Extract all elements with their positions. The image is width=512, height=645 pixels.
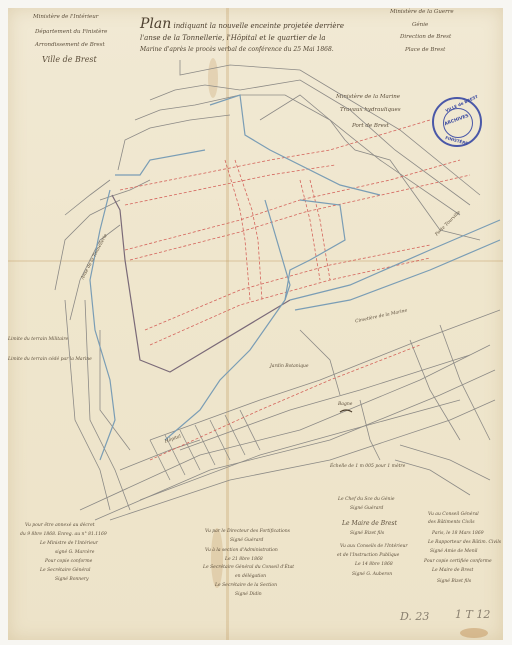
footer-line: Vu par le Directeur des Fortifications: [205, 530, 290, 535]
footer-line: des Bâtiments Civils: [428, 521, 475, 526]
footer-line: Signé Bizet fils: [350, 532, 384, 537]
footer-line: Le Secrétaire Général du Conseil d'État: [203, 566, 294, 571]
footer-line: Signé Bonnery: [55, 578, 89, 583]
archive-ref-1: D. 23: [400, 610, 429, 623]
footer-line: Vu à la section d'Administration: [205, 549, 278, 554]
footer-line: Signé Guérard: [230, 539, 263, 544]
footer-line: Le Maire de Brest: [432, 569, 473, 574]
footer-line: Pour copie conforme: [45, 560, 92, 565]
footer-line: Vu aux Conseils de l'Intérieur: [340, 545, 408, 550]
footer-line: Le Maire de Brest: [342, 521, 397, 527]
footer-line: Paris, le 18 Mars 1869: [432, 532, 484, 537]
footer-line: Le Ministre de l'Intérieur: [40, 542, 98, 547]
footer-line: Le Chef du Sce du Génie: [338, 498, 395, 503]
legend-military: Limite du terrain Militaire: [8, 338, 68, 343]
footer-line: Vu pour être annexé au décret: [25, 524, 95, 529]
archive-ref-2: 1 T 12: [455, 608, 490, 621]
footer-line: signé G. Marcère: [55, 551, 94, 556]
footer-line: Le Secrétaire de la Section: [215, 584, 277, 589]
footer-line: en délégation: [235, 575, 266, 580]
label-bagne: Bagne: [338, 403, 352, 408]
footer-line: Pour copie certifiée conforme: [424, 560, 492, 565]
footer-line: et de l'Instruction Publique: [337, 554, 399, 559]
footer-line: du 9 8bre 1868. Enreg. au n° 81.1169: [20, 533, 107, 538]
footer-line: Signé Bizet fils: [437, 580, 471, 585]
footer-line: Le 14 8bre 1868: [355, 563, 393, 568]
footer-line: Vu au Conseil Général: [428, 513, 479, 518]
footer-line: Signé Didin: [235, 593, 262, 598]
label-scale: Échelle de 1 m 005 pour 1 mètre: [330, 465, 405, 470]
footer-line: Signé Guérard: [350, 507, 383, 512]
footer-line: Signé G. Auberon: [352, 573, 392, 578]
footer-line: Le Rapporteur des Bâtim. Civils: [428, 541, 501, 546]
footer-line: Le 21 8bre 1868: [225, 558, 263, 563]
legend-marine: Limite du terrain cédé par la Marine: [8, 358, 92, 363]
footer-line: Le Secrétaire Général: [40, 569, 90, 574]
label-jardin: Jardin Botanique: [270, 365, 309, 370]
footer-line: Signé Amie de Menil: [430, 550, 477, 555]
